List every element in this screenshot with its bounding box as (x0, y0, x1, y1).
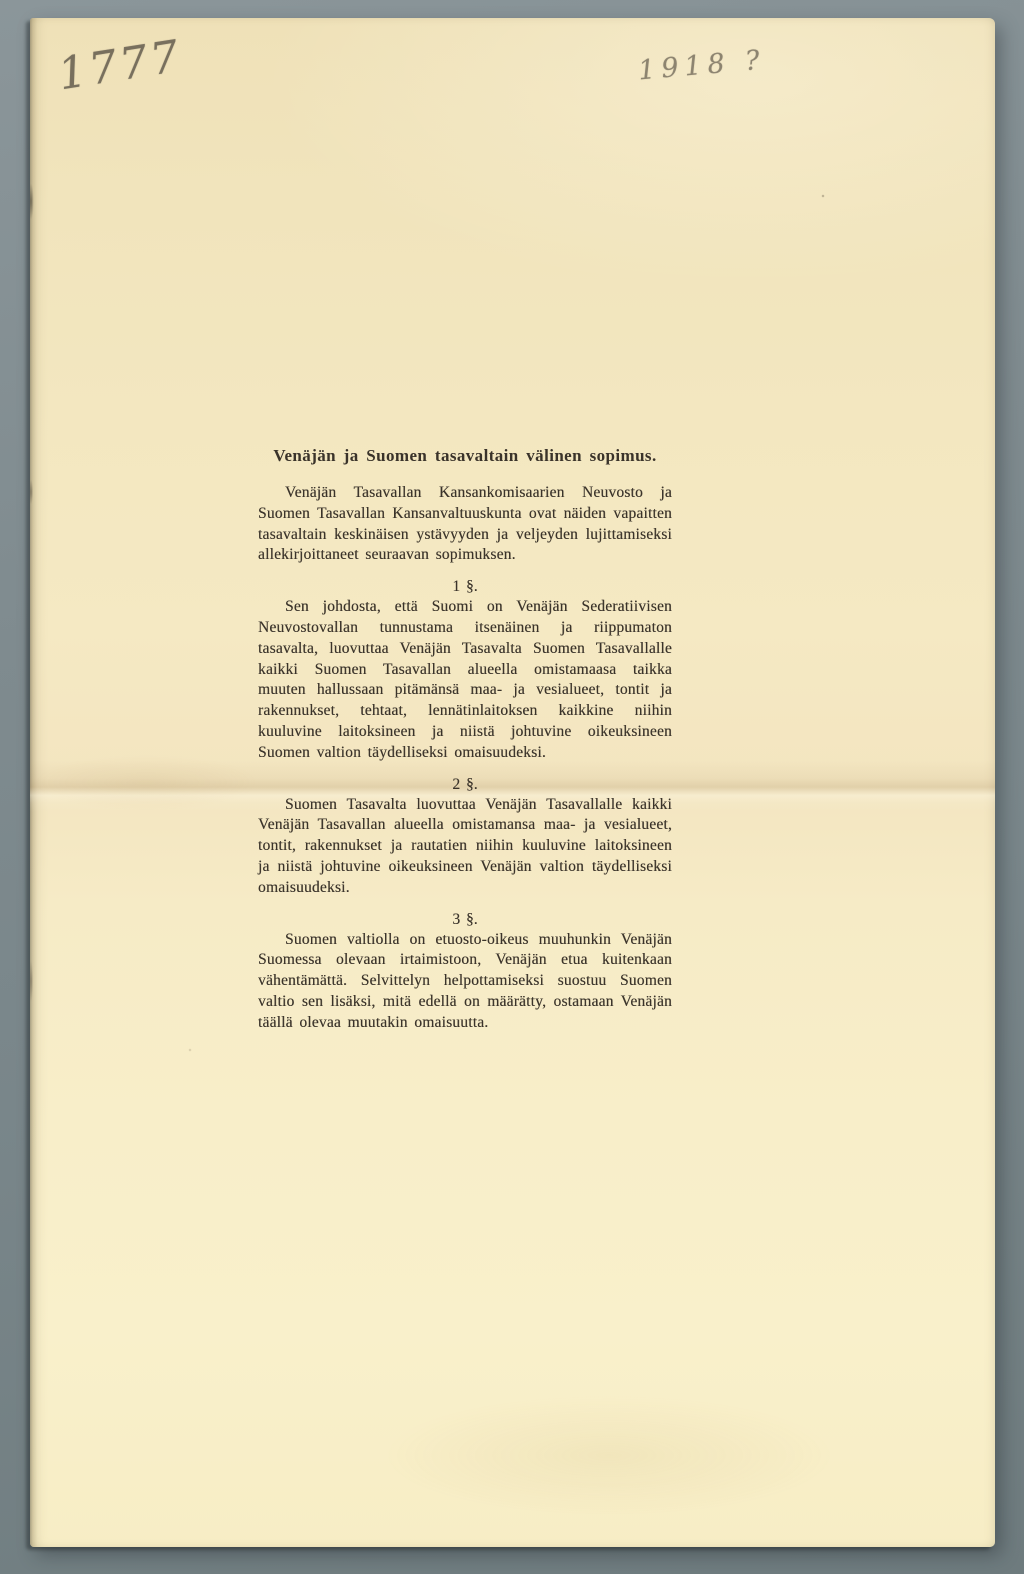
section-1-heading: 1 §. (258, 578, 672, 596)
section-1: 1 §. Sen johdosta, että Suomi on Venäjän… (258, 578, 672, 763)
scan-background: 1777 1918 ? Venäjän ja Suomen tasavaltai… (0, 0, 1024, 1574)
section-2-body: Suomen Tasavalta luovuttaa Venäjän Tasav… (258, 795, 672, 899)
handwritten-year-note: 1918 ? (637, 44, 767, 86)
section-3-body: Suomen valtiolla on etuosto-oikeus muuhu… (258, 930, 672, 1034)
document-title: Venäjän ja Suomen tasavaltain välinen so… (258, 446, 672, 466)
section-3: 3 §. Suomen valtiolla on etuosto-oikeus … (258, 911, 672, 1034)
section-3-heading: 3 §. (258, 911, 672, 929)
handwritten-archive-number: 1777 (55, 31, 185, 101)
preamble-paragraph: Venäjän Tasavallan Kansankomisaarien Neu… (258, 483, 672, 566)
document-page: 1777 1918 ? Venäjän ja Suomen tasavaltai… (30, 18, 995, 1547)
section-2-heading: 2 §. (258, 776, 672, 794)
section-1-body: Sen johdosta, että Suomi on Venäjän Sede… (258, 597, 672, 763)
document-content: Venäjän ja Suomen tasavaltain välinen so… (258, 446, 672, 1034)
section-2: 2 §. Suomen Tasavalta luovuttaa Venäjän … (258, 776, 672, 899)
